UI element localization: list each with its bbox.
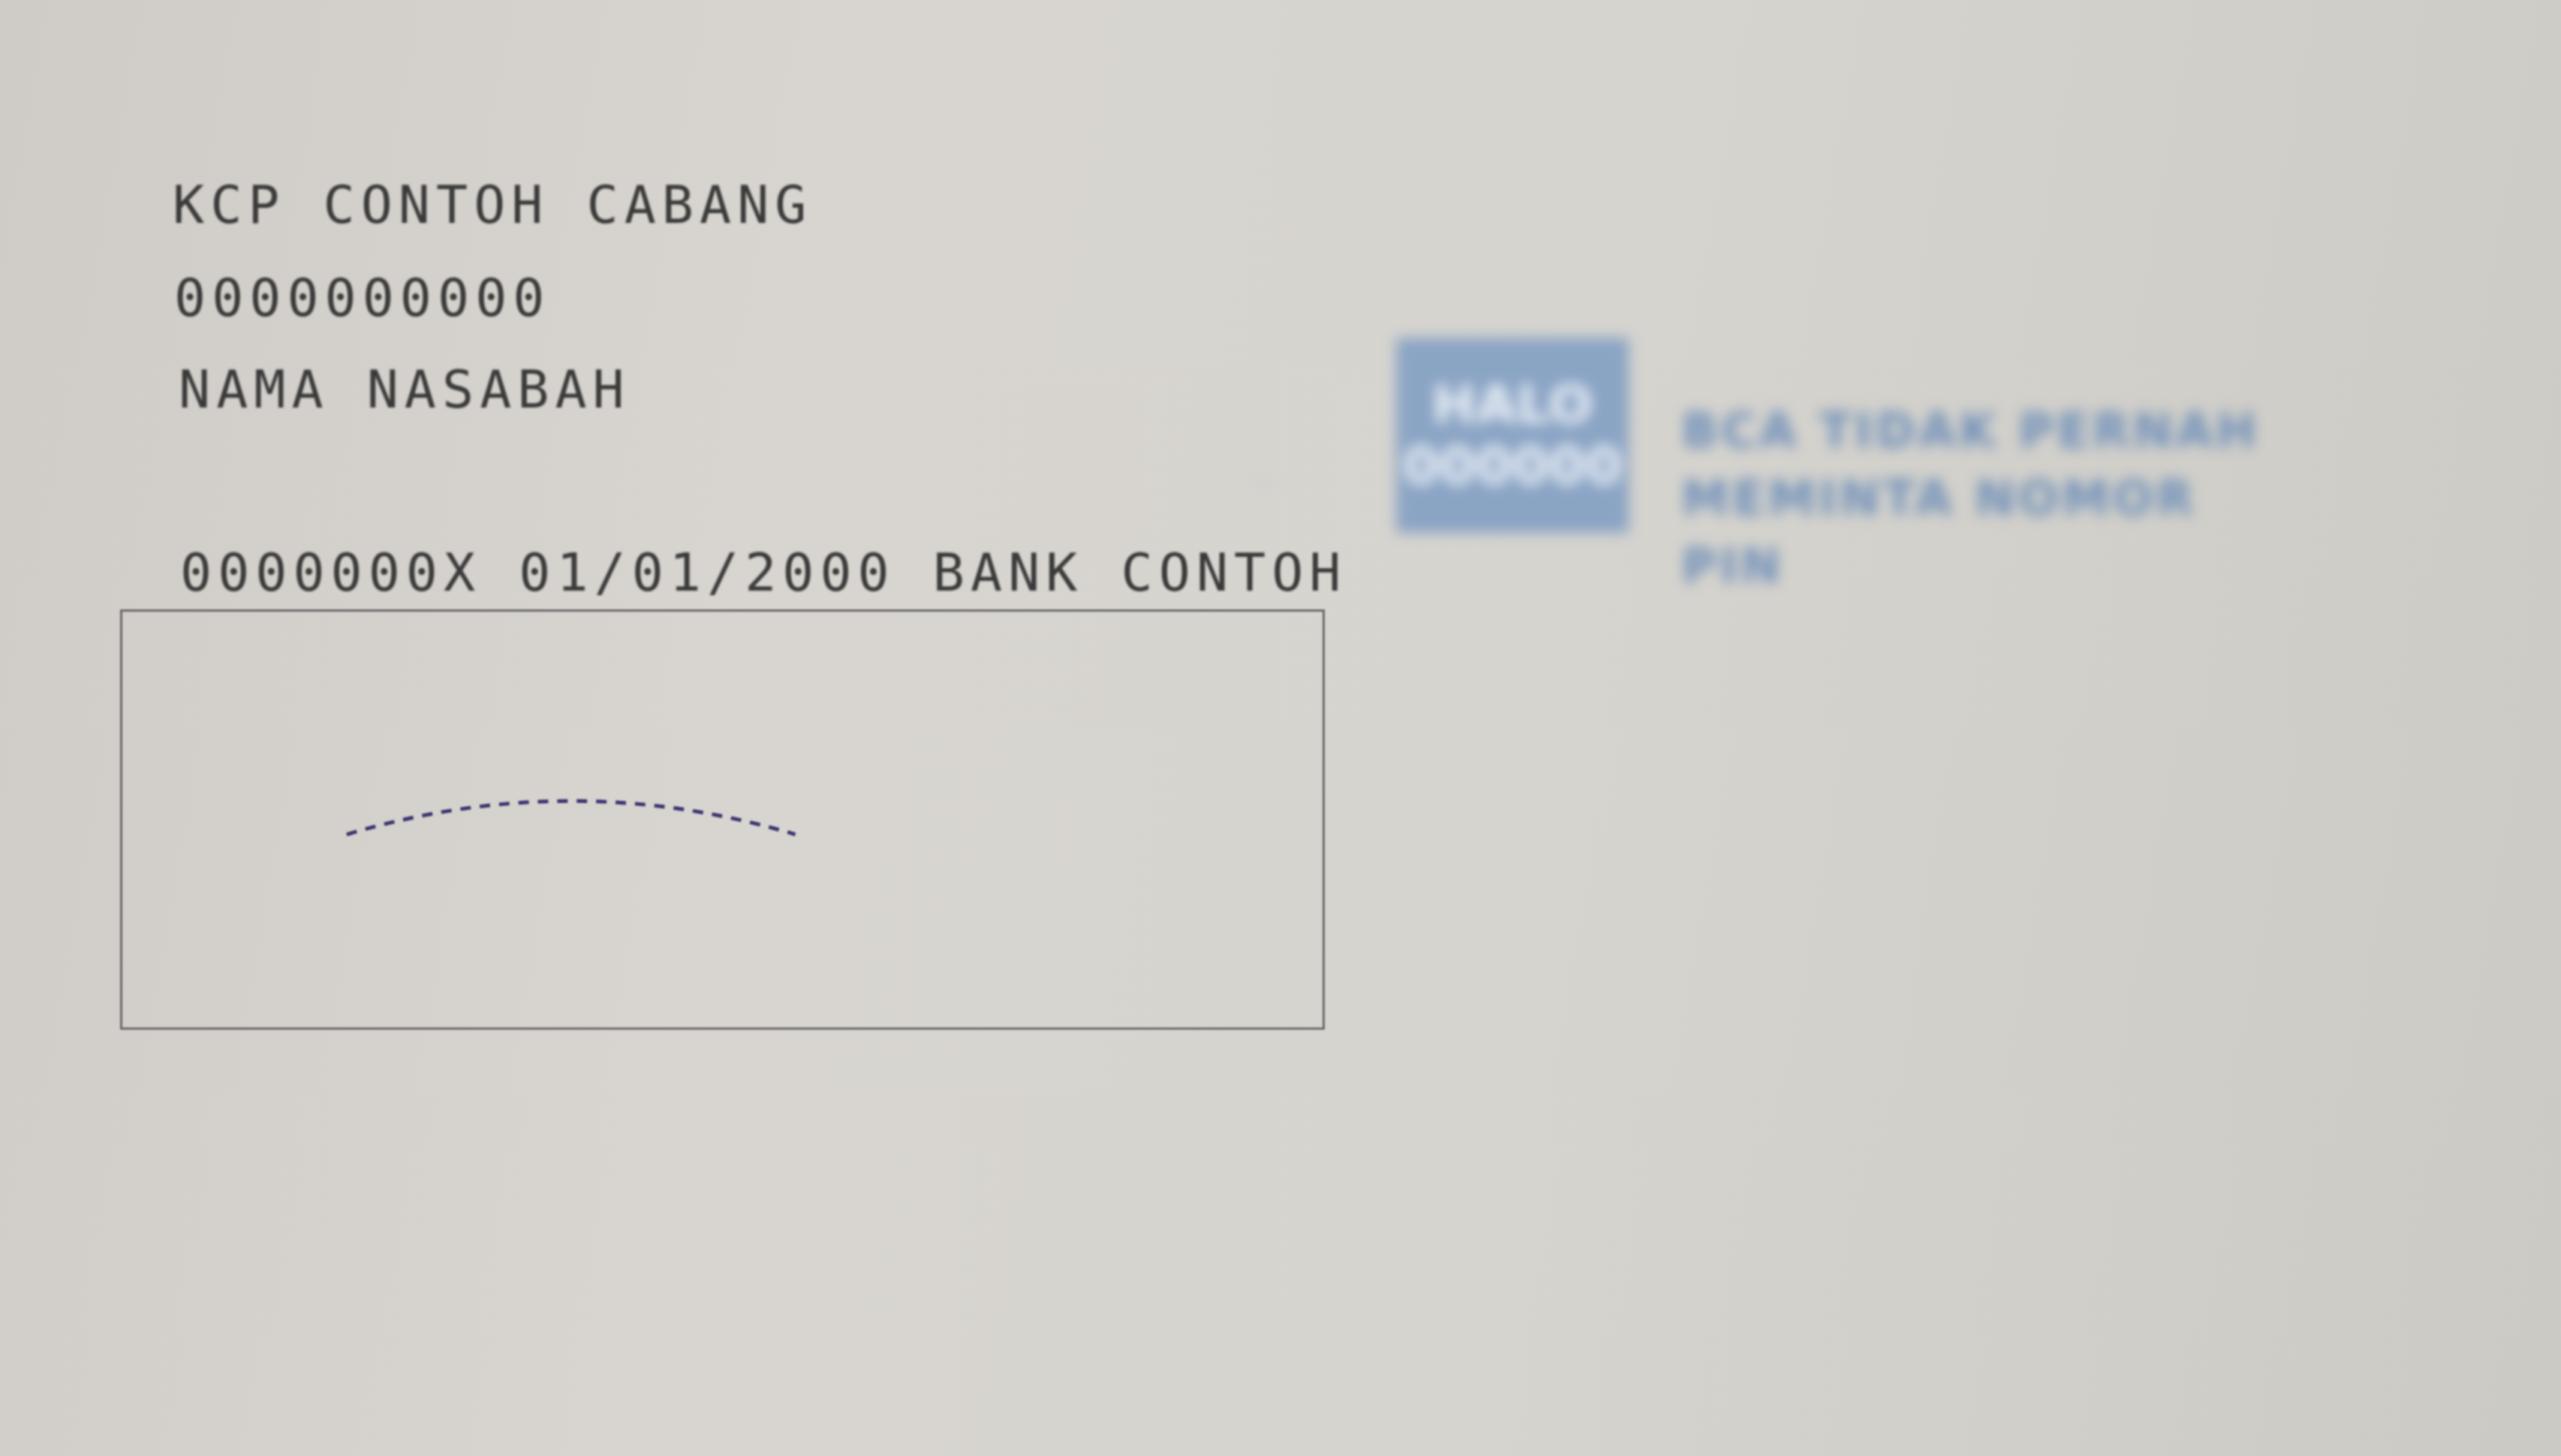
bank-document: KCP CONTOH CABANG 0000000000 NAMA NASABA… — [0, 0, 2561, 1456]
signature-box — [120, 609, 1325, 1030]
account-holder-name: NAMA NASABAH — [179, 359, 630, 420]
logo-caption: ... — [1253, 465, 1274, 490]
signature-placeholder-icon — [122, 612, 1323, 1027]
bank-logo: HALO 000000 — [1396, 338, 1629, 533]
branch-line: KCP CONTOH CABANG — [173, 174, 812, 236]
security-slogan: BCA TIDAK PERNAH MEMINTA NOMOR PIN — [1681, 398, 2297, 600]
logo-line-2: 000000 — [1403, 435, 1622, 497]
reference-line: 0000000X 01/01/2000 BANK CONTOH — [180, 542, 1347, 603]
logo-line-1: HALO — [1432, 374, 1593, 435]
slogan-line-1: BCA TIDAK PERNAH — [1681, 398, 2297, 465]
promo-banner: HALO 000000 ... BCA TIDAK PERNAH MEMINTA… — [1231, 285, 2297, 555]
slogan-line-2: MEMINTA NOMOR PIN — [1681, 465, 2297, 600]
account-number: 0000000000 — [174, 267, 550, 329]
